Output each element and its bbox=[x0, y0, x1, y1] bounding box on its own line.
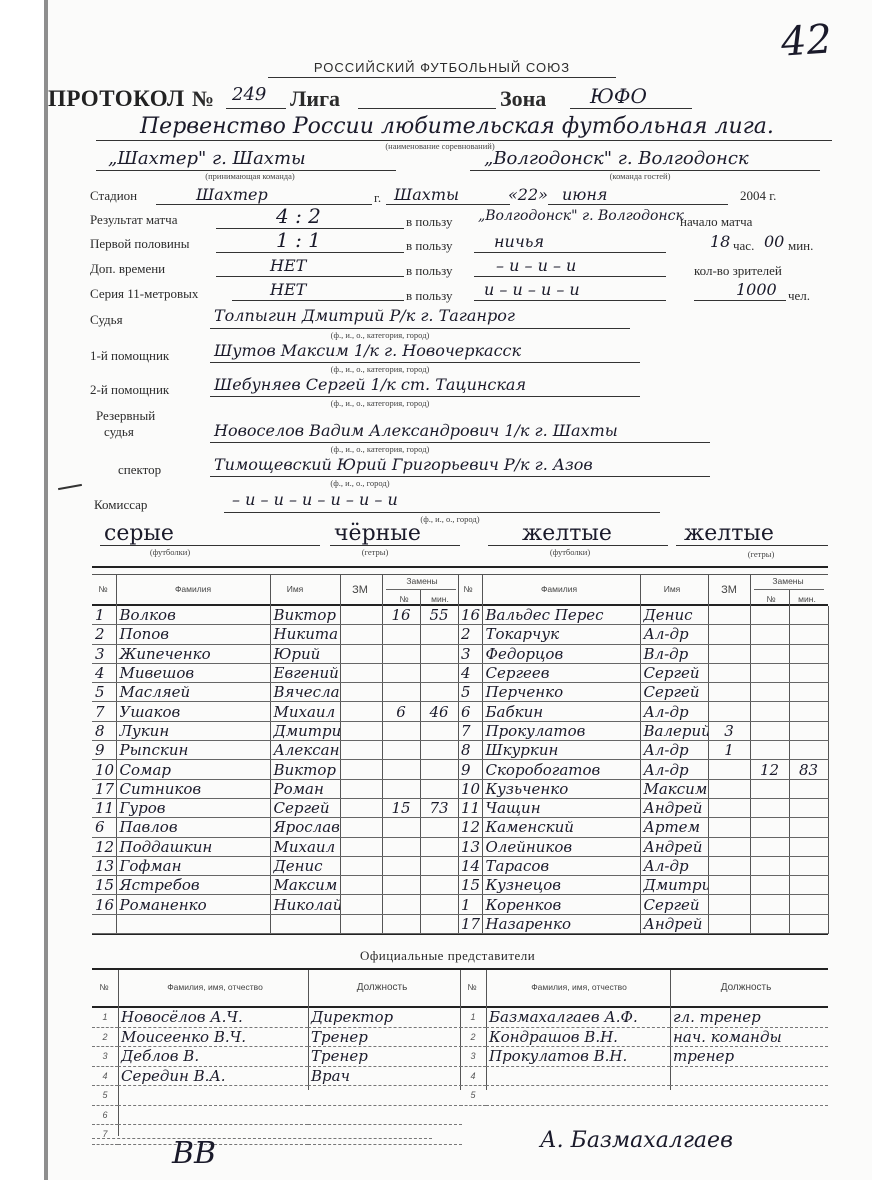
sub-number bbox=[382, 663, 420, 682]
player-surname: Каменский bbox=[482, 818, 640, 837]
player-name: Ал-др bbox=[640, 625, 708, 644]
rep-position bbox=[308, 1086, 462, 1106]
player-zm bbox=[340, 837, 382, 856]
away-socks: желтые bbox=[684, 521, 774, 546]
extra-value: НЕТ bbox=[270, 256, 306, 275]
player-number: 12 bbox=[458, 818, 482, 837]
inspector-caption: (ф., и., о., город) bbox=[300, 478, 420, 488]
player-surname: Мивешов bbox=[116, 663, 270, 682]
player-name: Алексан. 2 bbox=[270, 741, 340, 760]
sub-minute bbox=[420, 683, 458, 702]
reserve-value: Новоселов Вадим Александрович 1/к г. Шах… bbox=[214, 421, 618, 440]
player-name: Сергей bbox=[640, 895, 708, 914]
player-number: 3 bbox=[458, 644, 482, 663]
rep-number: 6 bbox=[92, 1105, 118, 1125]
table-row: 16Вальдес ПересДенис bbox=[458, 606, 828, 625]
stadium-label: Стадион bbox=[90, 188, 137, 204]
player-number: 6 bbox=[458, 702, 482, 721]
home-socks: чёрные bbox=[334, 521, 421, 546]
player-zm bbox=[340, 760, 382, 779]
player-surname: Жипеченко bbox=[116, 644, 270, 663]
table-row: 12ПоддашкинМихаил bbox=[92, 837, 458, 856]
rep-number: 4 bbox=[460, 1066, 486, 1086]
player-surname: Перченко bbox=[482, 683, 640, 702]
table-row: 14ТарасовАл-др bbox=[458, 856, 828, 875]
kickoff-minutes: 00 bbox=[764, 232, 784, 251]
sub-number: 15 bbox=[382, 798, 420, 817]
player-name: Сергей bbox=[640, 683, 708, 702]
result-favor: „Волгодонск" г. Волгодонск bbox=[478, 208, 684, 224]
player-number: 11 bbox=[458, 798, 482, 817]
away-hdr-zm: ЗМ bbox=[712, 584, 746, 596]
sub-minute bbox=[420, 625, 458, 644]
player-surname: Волков bbox=[116, 606, 270, 625]
list-item: 5 bbox=[460, 1086, 828, 1106]
table-row: 9СкоробогатовАл-др1283 bbox=[458, 760, 828, 779]
player-name: Никита bbox=[270, 625, 340, 644]
home-team: „Шахтер" г. Шахты bbox=[108, 148, 306, 169]
minutes-label: мин. bbox=[788, 238, 813, 254]
kickoff-label: начало матча bbox=[680, 214, 752, 230]
list-item: 4 bbox=[460, 1066, 828, 1086]
sub-minute bbox=[420, 663, 458, 682]
rep-position: Врач bbox=[308, 1066, 462, 1086]
player-name bbox=[270, 914, 340, 933]
sub-number bbox=[750, 663, 789, 682]
player-surname: Лукин bbox=[116, 721, 270, 740]
table-row: 8ЛукинДмитрий bbox=[92, 721, 458, 740]
inspector-label: спектор bbox=[118, 462, 161, 478]
sub-number bbox=[382, 683, 420, 702]
penalty-value: НЕТ bbox=[270, 280, 306, 299]
sub-number bbox=[750, 895, 789, 914]
rep-number: 3 bbox=[92, 1047, 118, 1067]
sub-minute bbox=[789, 856, 828, 875]
sub-minute bbox=[420, 721, 458, 740]
sub-number bbox=[750, 702, 789, 721]
player-number: 9 bbox=[458, 760, 482, 779]
result-favor-label: в пользу bbox=[406, 214, 452, 230]
rep-number: 1 bbox=[92, 1008, 118, 1027]
sub-minute bbox=[789, 876, 828, 895]
player-surname: Ушаков bbox=[116, 702, 270, 721]
away-hdr-sub-min: мин. bbox=[790, 594, 824, 604]
player-zm bbox=[708, 663, 750, 682]
home-hdr-sub-num: № bbox=[384, 594, 424, 604]
player-number: 16 bbox=[458, 606, 482, 625]
half-value: 1 : 1 bbox=[276, 228, 321, 252]
away-hdr-surname: Фамилия bbox=[484, 584, 634, 594]
sub-number bbox=[750, 876, 789, 895]
player-zm bbox=[708, 818, 750, 837]
player-surname bbox=[116, 914, 270, 933]
table-row: 6ПавловЯрослав bbox=[92, 818, 458, 837]
home-hdr-surname: Фамилия bbox=[118, 584, 268, 594]
rep-position bbox=[308, 1125, 462, 1145]
table-row: 15КузнецовДмитрий bbox=[458, 876, 828, 895]
sub-number bbox=[382, 895, 420, 914]
player-surname: Федорцов bbox=[482, 644, 640, 663]
table-row bbox=[92, 914, 458, 933]
sub-number bbox=[750, 625, 789, 644]
player-name: Дмитрий bbox=[270, 721, 340, 740]
sub-number bbox=[382, 818, 420, 837]
half-favor-label: в пользу bbox=[406, 238, 452, 254]
protocol-number: 249 bbox=[232, 84, 266, 105]
player-number: 2 bbox=[92, 625, 116, 644]
sub-minute bbox=[789, 683, 828, 702]
table-row: 2ПоповНикита bbox=[92, 625, 458, 644]
sub-minute: 73 bbox=[420, 798, 458, 817]
rep-home-hdr-position: Должность bbox=[312, 982, 452, 993]
player-number: 2 bbox=[458, 625, 482, 644]
player-name: Максим bbox=[640, 779, 708, 798]
player-number: 10 bbox=[458, 779, 482, 798]
player-name: Андрей bbox=[640, 837, 708, 856]
rep-fio: Моисеенко В.Ч. bbox=[118, 1027, 308, 1047]
away-hdr-num: № bbox=[456, 584, 480, 594]
player-surname: Поддашкин bbox=[116, 837, 270, 856]
table-row: 13ГофманДенис bbox=[92, 856, 458, 875]
list-item: 3Прокулатов В.Н.тренер bbox=[460, 1047, 828, 1067]
rep-position: тренер bbox=[670, 1047, 828, 1067]
player-surname: Вальдес Перес bbox=[482, 606, 640, 625]
sub-minute bbox=[789, 663, 828, 682]
rep-number: 3 bbox=[460, 1047, 486, 1067]
sub-minute bbox=[420, 644, 458, 663]
player-number: 15 bbox=[458, 876, 482, 895]
table-row: 12КаменскийАртем bbox=[458, 818, 828, 837]
player-number: 17 bbox=[92, 779, 116, 798]
table-row: 13ОлейниковАндрей bbox=[458, 837, 828, 856]
sub-number bbox=[750, 779, 789, 798]
sub-number bbox=[750, 721, 789, 740]
player-surname: Назаренко bbox=[482, 914, 640, 933]
player-surname: Скоробогатов bbox=[482, 760, 640, 779]
sub-number bbox=[382, 914, 420, 933]
sub-minute bbox=[789, 818, 828, 837]
player-name: Михаил bbox=[270, 702, 340, 721]
player-surname: Кузнецов bbox=[482, 876, 640, 895]
player-surname: Гуров bbox=[116, 798, 270, 817]
sub-number bbox=[382, 760, 420, 779]
home-hdr-subs: Замены bbox=[384, 576, 460, 586]
rep-position bbox=[670, 1086, 828, 1106]
player-number: 4 bbox=[92, 663, 116, 682]
rep-position bbox=[670, 1066, 828, 1086]
list-item: 6 bbox=[92, 1105, 462, 1125]
player-name: Андрей bbox=[640, 798, 708, 817]
hours-label: час. bbox=[733, 238, 754, 254]
table-row: 4СергеевСергей bbox=[458, 663, 828, 682]
player-surname: Ястребов bbox=[116, 876, 270, 895]
player-surname: Токарчук bbox=[482, 625, 640, 644]
year-value: 2004 bbox=[740, 188, 766, 203]
player-number: 7 bbox=[458, 721, 482, 740]
player-zm bbox=[708, 798, 750, 817]
player-number: 1 bbox=[92, 606, 116, 625]
player-zm bbox=[340, 625, 382, 644]
player-surname: Олейников bbox=[482, 837, 640, 856]
penalty-favor-label: в пользу bbox=[406, 288, 452, 304]
inspector-value: Тимощевский Юрий Григорьевич Р/к г. Азов bbox=[214, 455, 593, 474]
table-row: 10КузьченкоМаксим bbox=[458, 779, 828, 798]
table-row: 7УшаковМихаил646 bbox=[92, 702, 458, 721]
assistant1-label: 1-й помощник bbox=[90, 348, 169, 364]
player-number: 13 bbox=[458, 837, 482, 856]
sub-number bbox=[382, 876, 420, 895]
player-surname: Павлов bbox=[116, 818, 270, 837]
player-zm bbox=[708, 702, 750, 721]
player-zm bbox=[340, 683, 382, 702]
competition-value: Первенство России любительская футбольна… bbox=[140, 114, 774, 139]
assistant2-caption: (ф., и., о., категория, город) bbox=[300, 398, 460, 408]
away-socks-caption: (гетры) bbox=[736, 549, 786, 559]
referee-caption: (ф., и., о., категория, город) bbox=[300, 330, 460, 340]
player-surname: Романенко bbox=[116, 895, 270, 914]
player-zm bbox=[340, 606, 382, 625]
home-socks-caption: (гетры) bbox=[350, 547, 400, 557]
player-name: Артем bbox=[640, 818, 708, 837]
away-shirts-caption: (футболки) bbox=[540, 547, 600, 557]
player-zm bbox=[708, 644, 750, 663]
player-name: Денис bbox=[270, 856, 340, 875]
commissioner-label: Комиссар bbox=[94, 497, 147, 513]
player-number: 8 bbox=[458, 741, 482, 760]
player-surname: Масляей bbox=[116, 683, 270, 702]
sub-minute bbox=[789, 837, 828, 856]
player-number: 3 bbox=[92, 644, 116, 663]
rep-fio bbox=[486, 1066, 670, 1086]
sub-number bbox=[750, 606, 789, 625]
player-surname: Прокулатов bbox=[482, 721, 640, 740]
player-zm bbox=[708, 856, 750, 875]
player-name: Ярослав bbox=[270, 818, 340, 837]
player-name: Сергей bbox=[640, 663, 708, 682]
player-number: 17 bbox=[458, 914, 482, 933]
player-surname: Тарасов bbox=[482, 856, 640, 875]
rep-away-table: 1Базмахалгаев А.Ф.гл. тренер2Кондрашов В… bbox=[460, 1008, 828, 1106]
sub-number bbox=[750, 683, 789, 702]
sub-minute: 46 bbox=[420, 702, 458, 721]
player-zm bbox=[340, 779, 382, 798]
player-zm bbox=[708, 895, 750, 914]
player-name: Вячеслав bbox=[270, 683, 340, 702]
assistant2-value: Шебуняев Сергей 1/к ст. Тацинская bbox=[214, 375, 526, 394]
player-number: 13 bbox=[92, 856, 116, 875]
rep-number: 5 bbox=[92, 1086, 118, 1106]
zone-label: Зона bbox=[500, 86, 546, 112]
penalty-label: Серия 11-метровых bbox=[90, 286, 198, 302]
player-name: Вл-др bbox=[640, 644, 708, 663]
rep-number: 2 bbox=[92, 1027, 118, 1047]
sub-number bbox=[750, 798, 789, 817]
extra-favor: – и – и – и bbox=[496, 256, 576, 275]
table-row: 3ФедорцовВл-др bbox=[458, 644, 828, 663]
sub-minute bbox=[420, 741, 458, 760]
rep-position bbox=[308, 1105, 462, 1125]
player-name: Ал-др bbox=[640, 760, 708, 779]
home-hdr-zm: ЗМ bbox=[342, 584, 378, 596]
rep-fio: Базмахалгаев А.Ф. bbox=[486, 1008, 670, 1027]
home-shirts-caption: (футболки) bbox=[140, 547, 200, 557]
table-row: 11ГуровСергей1573 bbox=[92, 798, 458, 817]
player-surname: Сомар bbox=[116, 760, 270, 779]
sub-minute bbox=[420, 856, 458, 875]
table-row: 8ШкуркинАл-др1 bbox=[458, 741, 828, 760]
rep-fio: Кондрашов В.Н. bbox=[486, 1027, 670, 1047]
sub-number bbox=[750, 644, 789, 663]
list-item: 5 bbox=[92, 1086, 462, 1106]
table-row: 16РоманенкоНиколай bbox=[92, 895, 458, 914]
half-label: Первой половины bbox=[90, 236, 189, 252]
table-row: 5ПерченкоСергей bbox=[458, 683, 828, 702]
player-name: Ал-др bbox=[640, 702, 708, 721]
away-hdr-sub-num: № bbox=[752, 594, 790, 604]
home-hdr-name: Имя bbox=[272, 584, 318, 594]
spectators-value: 1000 bbox=[736, 280, 777, 299]
player-number: 16 bbox=[92, 895, 116, 914]
player-name: Михаил bbox=[270, 837, 340, 856]
player-zm bbox=[340, 856, 382, 875]
player-number: 5 bbox=[92, 683, 116, 702]
away-hdr-name: Имя bbox=[642, 584, 702, 594]
rep-position: Тренер bbox=[308, 1027, 462, 1047]
sub-number bbox=[382, 856, 420, 875]
player-zm: 1 bbox=[708, 741, 750, 760]
home-shirts: серые bbox=[104, 521, 174, 546]
sub-number: 6 bbox=[382, 702, 420, 721]
player-zm bbox=[340, 702, 382, 721]
player-number: 12 bbox=[92, 837, 116, 856]
player-zm bbox=[340, 818, 382, 837]
player-number: 1 bbox=[458, 895, 482, 914]
player-zm bbox=[708, 683, 750, 702]
player-surname: Кузьченко bbox=[482, 779, 640, 798]
rep-fio: Деблов В. bbox=[118, 1047, 308, 1067]
home-hdr-num: № bbox=[92, 584, 114, 594]
player-surname: Гофман bbox=[116, 856, 270, 875]
rep-fio bbox=[118, 1105, 308, 1125]
table-row: 9РыпскинАлексан. 2 bbox=[92, 741, 458, 760]
result-value: 4 : 2 bbox=[276, 204, 321, 228]
player-name: Денис bbox=[640, 606, 708, 625]
rep-fio: Прокулатов В.Н. bbox=[486, 1047, 670, 1067]
rep-away-hdr-position: Должность bbox=[676, 982, 816, 993]
player-zm bbox=[708, 779, 750, 798]
home-hdr-sub-min: мин. bbox=[422, 594, 458, 604]
table-row: 2ТокарчукАл-др bbox=[458, 625, 828, 644]
list-item: 2Кондрашов В.Н.нач. команды bbox=[460, 1027, 828, 1047]
away-shirts: желтые bbox=[522, 521, 612, 546]
player-surname: Чащин bbox=[482, 798, 640, 817]
sub-minute bbox=[789, 625, 828, 644]
player-number: 4 bbox=[458, 663, 482, 682]
player-zm bbox=[708, 837, 750, 856]
rep-number: 2 bbox=[460, 1027, 486, 1047]
year-suffix: г. bbox=[769, 188, 776, 203]
kickoff-hours: 18 bbox=[710, 232, 730, 251]
sub-minute bbox=[789, 914, 828, 933]
away-team-caption: (команда гостей) bbox=[580, 171, 700, 181]
sub-minute bbox=[789, 721, 828, 740]
table-row: 3ЖипеченкоЮрий bbox=[92, 644, 458, 663]
table-row: 5МасляейВячеслав bbox=[92, 683, 458, 702]
player-number: 7 bbox=[92, 702, 116, 721]
table-row: 1КоренковСергей bbox=[458, 895, 828, 914]
rep-position: Тренер bbox=[308, 1047, 462, 1067]
rep-number: 7 bbox=[92, 1125, 118, 1145]
player-number bbox=[92, 914, 116, 933]
sub-number bbox=[750, 856, 789, 875]
sub-minute bbox=[420, 876, 458, 895]
player-number: 9 bbox=[92, 741, 116, 760]
player-number: 5 bbox=[458, 683, 482, 702]
player-number: 8 bbox=[92, 721, 116, 740]
rep-home-table: 1Новосёлов А.Ч.Директор2Моисеенко В.Ч.Тр… bbox=[92, 1008, 462, 1145]
sub-minute: 55 bbox=[420, 606, 458, 625]
sub-number bbox=[750, 818, 789, 837]
rep-fio: Новосёлов А.Ч. bbox=[118, 1008, 308, 1027]
union-title: РОССИЙСКИЙ ФУТБОЛЬНЫЙ СОЮЗ bbox=[268, 60, 616, 78]
result-label: Результат матча bbox=[90, 212, 177, 228]
rep-fio bbox=[118, 1086, 308, 1106]
player-surname: Рыпскин bbox=[116, 741, 270, 760]
penalty-favor: и – и – и – и bbox=[484, 280, 580, 299]
list-item: 4Середин В.А.Врач bbox=[92, 1066, 462, 1086]
player-zm bbox=[340, 914, 382, 933]
sub-number bbox=[750, 837, 789, 856]
table-row: 6БабкинАл-др bbox=[458, 702, 828, 721]
player-number: 15 bbox=[92, 876, 116, 895]
player-name: Евгений bbox=[270, 663, 340, 682]
rep-fio bbox=[486, 1086, 670, 1106]
sub-minute bbox=[420, 914, 458, 933]
stadium-value: Шахтер bbox=[196, 185, 268, 204]
city-prefix: г. bbox=[374, 190, 381, 206]
home-signature: ВВ bbox=[172, 1136, 216, 1171]
player-zm bbox=[708, 876, 750, 895]
list-item: 1Новосёлов А.Ч.Директор bbox=[92, 1008, 462, 1027]
protocol-title: ПРОТОКОЛ bbox=[48, 86, 185, 112]
player-zm bbox=[340, 644, 382, 663]
assistant1-caption: (ф., и., о., категория, город) bbox=[300, 364, 460, 374]
player-surname: Шкуркин bbox=[482, 741, 640, 760]
sub-number bbox=[382, 779, 420, 798]
player-name: Виктор bbox=[270, 760, 340, 779]
rep-position: гл. тренер bbox=[670, 1008, 828, 1027]
sub-number bbox=[382, 721, 420, 740]
sub-number bbox=[382, 644, 420, 663]
player-name: Дмитрий bbox=[640, 876, 708, 895]
player-name: Николай bbox=[270, 895, 340, 914]
player-number: 14 bbox=[458, 856, 482, 875]
player-name: Максим bbox=[270, 876, 340, 895]
sub-minute: 83 bbox=[789, 760, 828, 779]
rep-number: 5 bbox=[460, 1086, 486, 1106]
player-zm: 3 bbox=[708, 721, 750, 740]
table-row: 17НазаренкоАндрей bbox=[458, 914, 828, 933]
date-day: «22» bbox=[508, 185, 548, 204]
commissioner-value: – и – и – и – и – и – и bbox=[232, 490, 398, 509]
player-number: 10 bbox=[92, 760, 116, 779]
table-row: 10СомарВиктор bbox=[92, 760, 458, 779]
sub-minute bbox=[420, 760, 458, 779]
city-value: Шахты bbox=[394, 185, 459, 204]
sub-minute bbox=[789, 741, 828, 760]
player-zm bbox=[708, 760, 750, 779]
player-name: Роман bbox=[270, 779, 340, 798]
